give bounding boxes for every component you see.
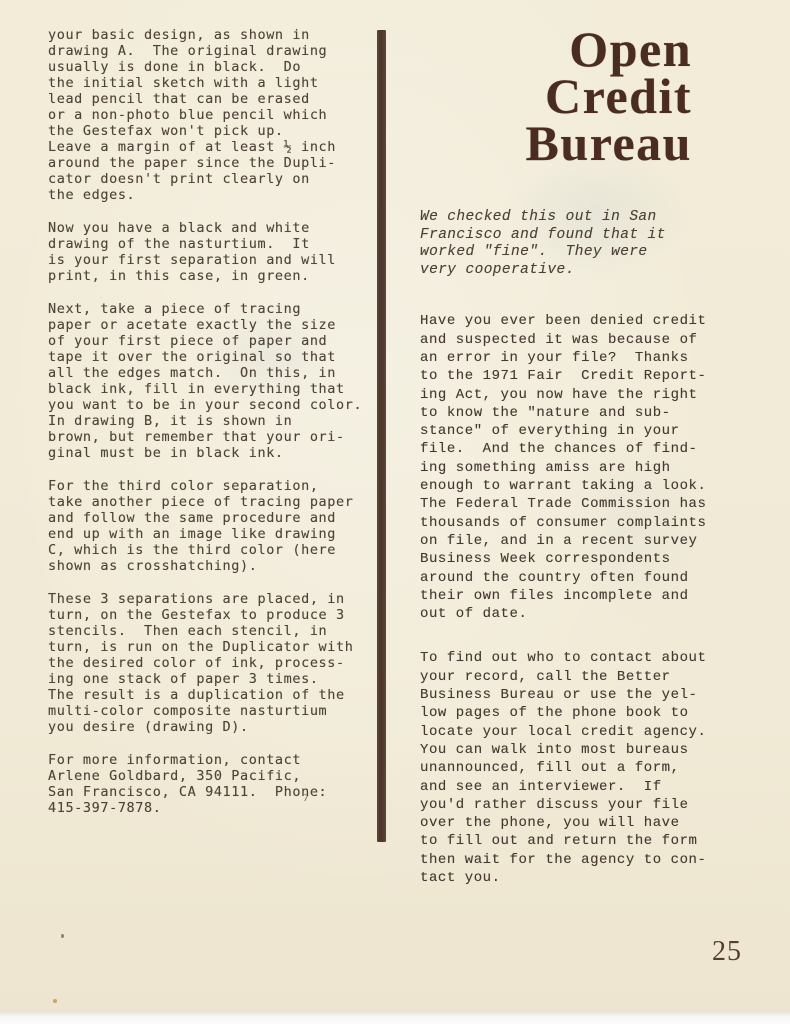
article-title: Open Credit Bureau <box>420 26 692 167</box>
left-paragraph-design-intro: your basic design, as shown in drawing A… <box>48 27 370 203</box>
left-paragraph-second-color: Next, take a piece of tracing paper or a… <box>48 301 370 461</box>
right-column: Open Credit Bureau We checked this out i… <box>420 26 756 887</box>
right-paragraph-how-to-contact: To find out who to contact about your re… <box>420 649 756 887</box>
column-divider-rule <box>377 30 386 842</box>
scanned-page: your basic design, as shown in drawing A… <box>0 0 790 1024</box>
left-paragraph-stencils: These 3 separations are placed, in turn,… <box>48 591 370 735</box>
left-paragraph-contact-info: For more information, contact Arlene Gol… <box>48 752 370 816</box>
scan-speck <box>53 999 57 1003</box>
right-paragraph-credit-rights: Have you ever been denied credit and sus… <box>420 312 756 623</box>
article-title-line2: Bureau <box>420 120 692 167</box>
left-paragraph-first-separation: Now you have a black and white drawing o… <box>48 220 370 284</box>
left-column: your basic design, as shown in drawing A… <box>48 27 370 816</box>
editor-note: We checked this out in San Francisco and… <box>420 209 756 279</box>
paper-background: your basic design, as shown in drawing A… <box>0 0 790 1011</box>
scanner-edge <box>0 1011 790 1024</box>
scan-speck <box>61 934 64 938</box>
article-title-line1: Open Credit <box>420 26 692 120</box>
page-number: 25 <box>712 936 742 968</box>
left-paragraph-third-color: For the third color separation, take ano… <box>48 478 370 574</box>
